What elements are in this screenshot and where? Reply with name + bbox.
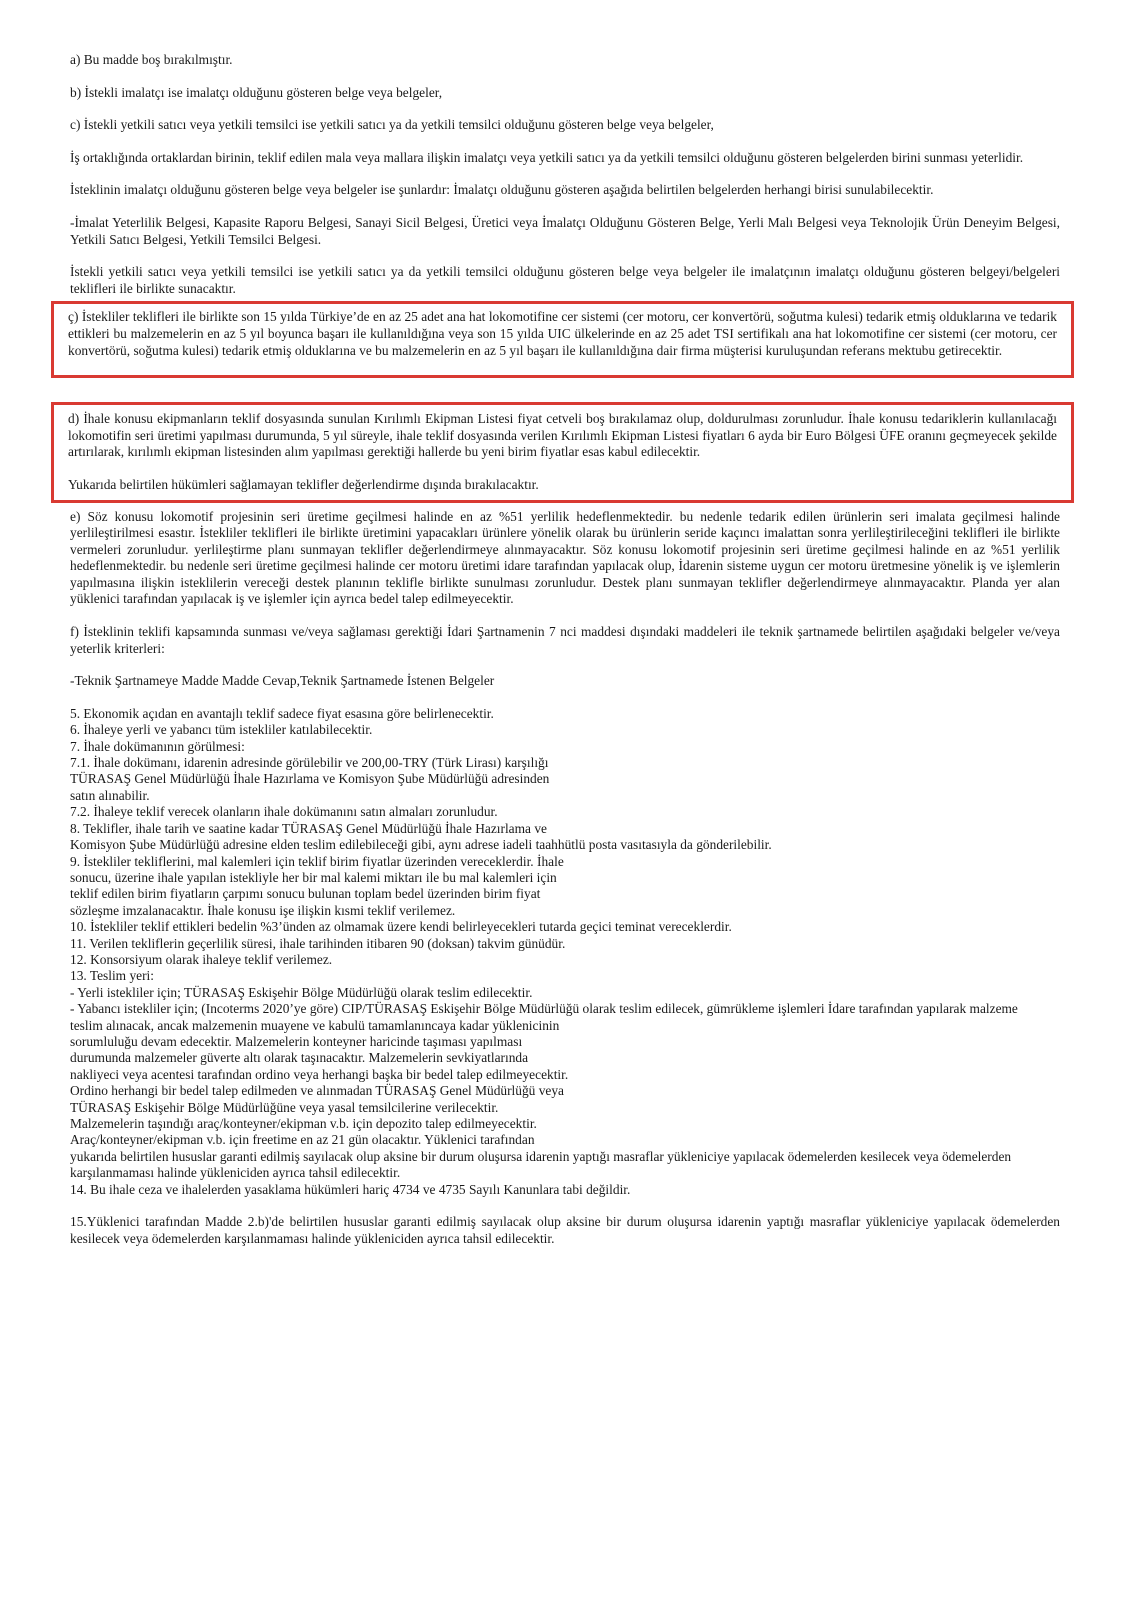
paragraph-dealer-docs: İstekli yetkili satıcı veya yetkili tems… bbox=[70, 264, 1060, 297]
clause-line: 7.2. İhaleye teklif verecek olanların ih… bbox=[70, 804, 1060, 820]
paragraph-a: a) Bu madde boş bırakılmıştır. bbox=[70, 52, 1060, 69]
clause-line: durumunda malzemeler güverte altı olarak… bbox=[70, 1050, 1060, 1066]
clause-line: 14. Bu ihale ceza ve ihalelerden yasakla… bbox=[70, 1182, 1060, 1198]
highlight-box-equipment-list: d) İhale konusu ekipmanların teklif dosy… bbox=[51, 402, 1074, 502]
paragraph-15: 15.Yüklenici tarafından Madde 2.b)'de be… bbox=[70, 1214, 1060, 1247]
document-page: a) Bu madde boş bırakılmıştır. b) İstekl… bbox=[70, 52, 1060, 1247]
clause-line: 12. Konsorsiyum olarak ihaleye teklif ve… bbox=[70, 952, 1060, 968]
clause-line: sözleşme imzalanacaktır. İhale konusu iş… bbox=[70, 903, 1060, 919]
paragraph-joint-venture: İş ortaklığında ortaklardan birinin, tek… bbox=[70, 150, 1060, 167]
paragraph-d: d) İhale konusu ekipmanların teklif dosy… bbox=[68, 411, 1057, 461]
clause-line: Komisyon Şube Müdürlüğü adresine elden t… bbox=[70, 837, 1060, 853]
clause-line: 8. Teklifler, ihale tarih ve saatine kad… bbox=[70, 821, 1060, 837]
clause-line: 6. İhaleye yerli ve yabancı tüm isteklil… bbox=[70, 722, 1060, 738]
paragraph-f-item: -Teknik Şartnameye Madde Madde Cevap,Tek… bbox=[70, 673, 1060, 690]
clause-line: TÜRASAŞ Eskişehir Bölge Müdürlüğüne veya… bbox=[70, 1100, 1060, 1116]
clause-line: yukarıda belirtilen hususlar garanti edi… bbox=[70, 1149, 1060, 1182]
clause-line: nakliyeci veya acentesi tarafından ordin… bbox=[70, 1067, 1060, 1083]
clause-line: 13. Teslim yeri: bbox=[70, 968, 1060, 984]
clause-line: satın alınabilir. bbox=[70, 788, 1060, 804]
clause-line: sonucu, üzerine ihale yapılan istekliyle… bbox=[70, 870, 1060, 886]
paragraph-e: e) Söz konusu lokomotif projesinin seri … bbox=[70, 509, 1060, 609]
clause-line: 9. İstekliler tekliflerini, mal kalemler… bbox=[70, 854, 1060, 870]
numbered-clauses: 5. Ekonomik açıdan en avantajlı teklif s… bbox=[70, 706, 1060, 1198]
clause-line: Malzemelerin taşındığı araç/konteyner/ek… bbox=[70, 1116, 1060, 1132]
clause-line: 5. Ekonomik açıdan en avantajlı teklif s… bbox=[70, 706, 1060, 722]
paragraph-c-cedilla: ç) İstekliler teklifleri ile birlikte so… bbox=[68, 309, 1057, 359]
paragraph-c: c) İstekli yetkili satıcı veya yetkili t… bbox=[70, 117, 1060, 134]
clause-line: teslim alınacak, ancak malzemenin muayen… bbox=[70, 1018, 1060, 1034]
clause-line: - Yerli istekliler için; TÜRASAŞ Eskişeh… bbox=[70, 985, 1060, 1001]
clause-line: Ordino herhangi bir bedel talep edilmede… bbox=[70, 1083, 1060, 1099]
clause-line: Araç/konteyner/ekipman v.b. için freetim… bbox=[70, 1132, 1060, 1148]
paragraph-manufacturer-docs: İsteklinin imalatçı olduğunu gösteren be… bbox=[70, 182, 1060, 199]
clause-line: 10. İstekliler teklif ettikleri bedelin … bbox=[70, 919, 1060, 935]
clause-line: TÜRASAŞ Genel Müdürlüğü İhale Hazırlama … bbox=[70, 771, 1060, 787]
paragraph-f: f) İsteklinin teklifi kapsamında sunması… bbox=[70, 624, 1060, 657]
clause-line: - Yabancı istekliler için; (Incoterms 20… bbox=[70, 1001, 1060, 1017]
paragraph-d-note: Yukarıda belirtilen hükümleri sağlamayan… bbox=[68, 477, 1057, 494]
clause-line: 7. İhale dokümanının görülmesi: bbox=[70, 739, 1060, 755]
clause-line: teklif edilen birim fiyatların çarpımı s… bbox=[70, 886, 1060, 902]
highlight-box-reference-letter: ç) İstekliler teklifleri ile birlikte so… bbox=[51, 301, 1074, 378]
clause-line: sorumluluğu devam edecektir. Malzemeleri… bbox=[70, 1034, 1060, 1050]
clause-line: 11. Verilen tekliflerin geçerlilik süres… bbox=[70, 936, 1060, 952]
paragraph-b: b) İstekli imalatçı ise imalatçı olduğun… bbox=[70, 85, 1060, 102]
clause-line: 7.1. İhale dokümanı, idarenin adresinde … bbox=[70, 755, 1060, 771]
paragraph-certificate-list: -İmalat Yeterlilik Belgesi, Kapasite Rap… bbox=[70, 215, 1060, 248]
